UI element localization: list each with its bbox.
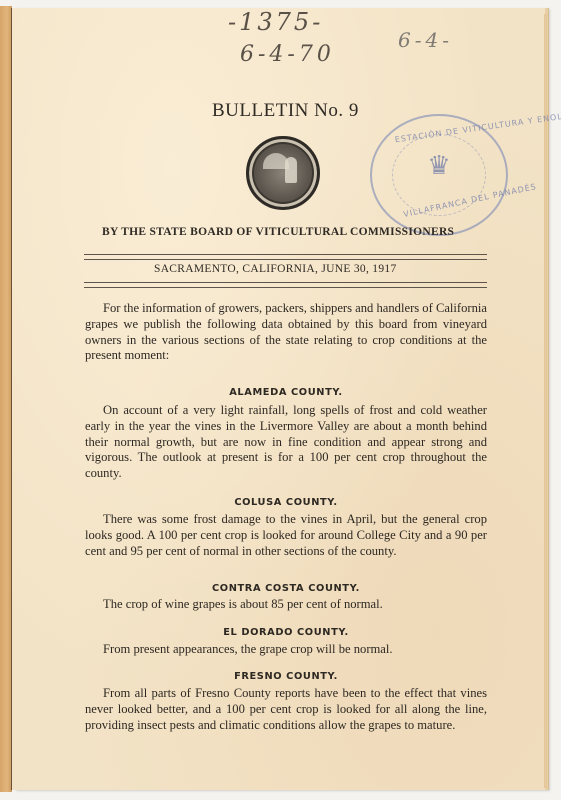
library-stamp: ESTACIÓN DE VITICULTURA Y ENOLOGÍA ♛ VIL… <box>370 114 508 236</box>
issuer-line: BY THE STATE BOARD OF VITICULTURAL COMMI… <box>102 226 454 238</box>
section-heading-alameda: ALAMEDA COUNTY. <box>85 387 487 398</box>
section-text: On account of a very light rainfall, lon… <box>85 403 487 482</box>
handwritten-note: 6-4- <box>398 28 453 52</box>
crown-crest-icon: ♛ <box>422 146 456 186</box>
page-edge <box>544 14 547 788</box>
section-heading-fresno: FRESNO COUNTY. <box>85 671 487 682</box>
section-text: From all parts of Fresno County reports … <box>85 686 487 733</box>
intro-text: For the information of growers, packers,… <box>85 301 487 364</box>
section-text: From present appearances, the grape crop… <box>85 642 487 658</box>
section-heading-colusa: COLUSA COUNTY. <box>85 497 487 508</box>
section-text: There was some frost damage to the vines… <box>85 512 487 559</box>
double-rule-bottom <box>84 282 487 288</box>
section-body-alameda: On account of a very light rainfall, lon… <box>85 403 487 482</box>
section-heading-el-dorado: EL DORADO COUNTY. <box>85 627 487 638</box>
handwritten-number: -1375- <box>228 8 323 36</box>
section-heading-contra-costa: CONTRA COSTA COUNTY. <box>85 583 487 594</box>
section-body-el-dorado: From present appearances, the grape crop… <box>85 642 487 658</box>
section-body-fresno: From all parts of Fresno County reports … <box>85 686 487 733</box>
double-rule-top <box>84 254 487 260</box>
section-body-contra-costa: The crop of wine grapes is about 85 per … <box>85 597 487 613</box>
section-text: The crop of wine grapes is about 85 per … <box>85 597 487 613</box>
bulletin-title: BULLETIN No. 9 <box>212 100 359 122</box>
dateline: SACRAMENTO, CALIFORNIA, JUNE 30, 1917 <box>154 263 397 275</box>
state-seal-icon <box>246 136 320 210</box>
section-body-colusa: There was some frost damage to the vines… <box>85 512 487 559</box>
handwritten-date: 6-4-70 <box>240 42 335 67</box>
intro-paragraph: For the information of growers, packers,… <box>85 301 487 364</box>
seal-figure <box>285 157 297 183</box>
